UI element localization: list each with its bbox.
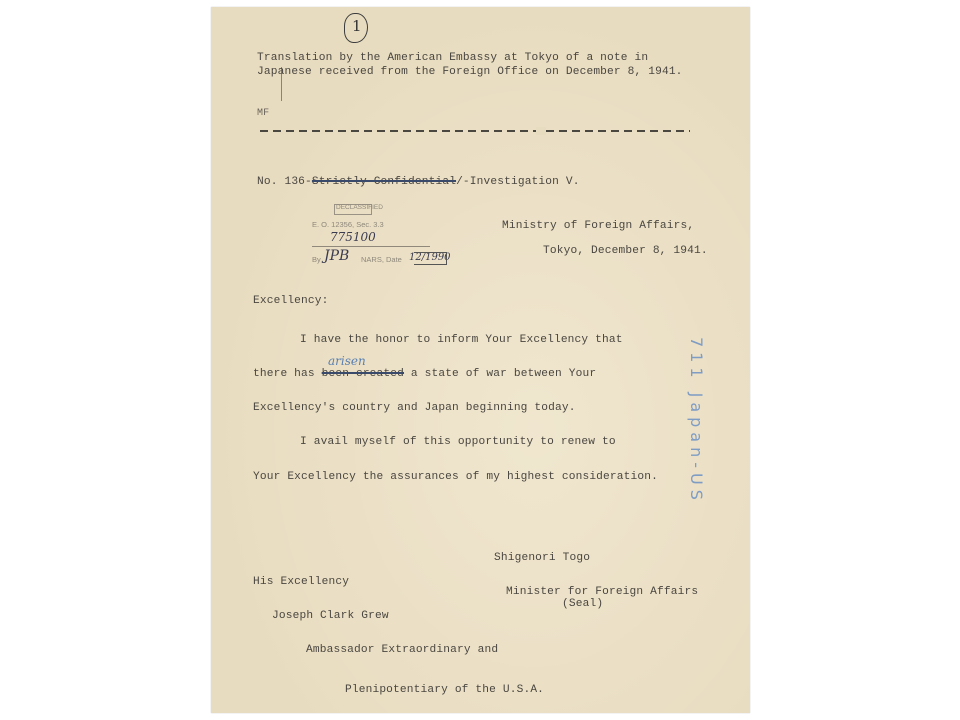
body-p1-line1: I have the honor to inform Your Excellen… <box>300 334 623 346</box>
body-struck-words: been created <box>322 368 404 380</box>
addressee-line-3: Ambassador Extraordinary and <box>306 644 498 656</box>
stamp-underline <box>312 246 430 247</box>
document-page: 1 Translation by the American Embassy at… <box>211 7 750 713</box>
stamp-number: 775100 <box>330 230 376 244</box>
stamp-by-label: By <box>312 255 321 264</box>
initials: MF <box>257 108 269 119</box>
reference-prefix: No. 136- <box>257 176 312 188</box>
dashed-separator <box>260 130 690 132</box>
header-line-1: Translation by the American Embassy at T… <box>257 52 648 64</box>
salutation: Excellency: <box>253 295 329 307</box>
header-line-2: Japanese received from the Foreign Offic… <box>257 66 683 78</box>
body-p1-line3: Excellency's country and Japan beginning… <box>253 402 576 414</box>
stamp-title: DECLASSIFIED <box>336 204 383 211</box>
sender-ministry: Ministry of Foreign Affairs, <box>502 220 694 232</box>
stamp-authority: E. O. 12356, Sec. 3.3 <box>312 220 384 229</box>
page-number-annotation: 1 <box>344 13 368 43</box>
declassification-stamp: DECLASSIFIED E. O. 12356, Sec. 3.3 77510… <box>306 204 446 266</box>
reference-line: No. 136-Strictly Confidential/-Investiga… <box>257 176 580 188</box>
stamp-nars-label: NARS, Date <box>361 255 402 264</box>
body-p1-line2-pre: there has <box>253 368 322 380</box>
body-p1-line2-post: a state of war between Your <box>404 368 596 380</box>
signature-seal: (Seal) <box>562 598 603 610</box>
stamp-initials: JPB <box>324 248 349 264</box>
handwritten-insert: arisen <box>328 354 366 368</box>
body-p2-line1: I avail myself of this opportunity to re… <box>300 436 616 448</box>
signature-name: Shigenori Togo <box>494 552 590 564</box>
dashed-separator-gap <box>536 127 546 135</box>
reference-struck: Strictly Confidential <box>312 176 456 188</box>
body-p2-line2: Your Excellency the assurances of my hig… <box>253 471 658 483</box>
body-p1-line2: there has been created a state of war be… <box>253 368 596 380</box>
signature-title: Minister for Foreign Affairs <box>506 586 698 598</box>
stamp-date-box <box>414 252 447 265</box>
addressee-line-4: Plenipotentiary of the U.S.A. <box>345 684 544 696</box>
addressee-line-2: Joseph Clark Grew <box>272 610 389 622</box>
sender-place-date: Tokyo, December 8, 1941. <box>543 245 708 257</box>
addressee-line-1: His Excellency <box>253 576 349 588</box>
reference-suffix: /-Investigation V. <box>456 176 580 188</box>
margin-handwritten-note: 711 Japan-US <box>687 337 706 505</box>
